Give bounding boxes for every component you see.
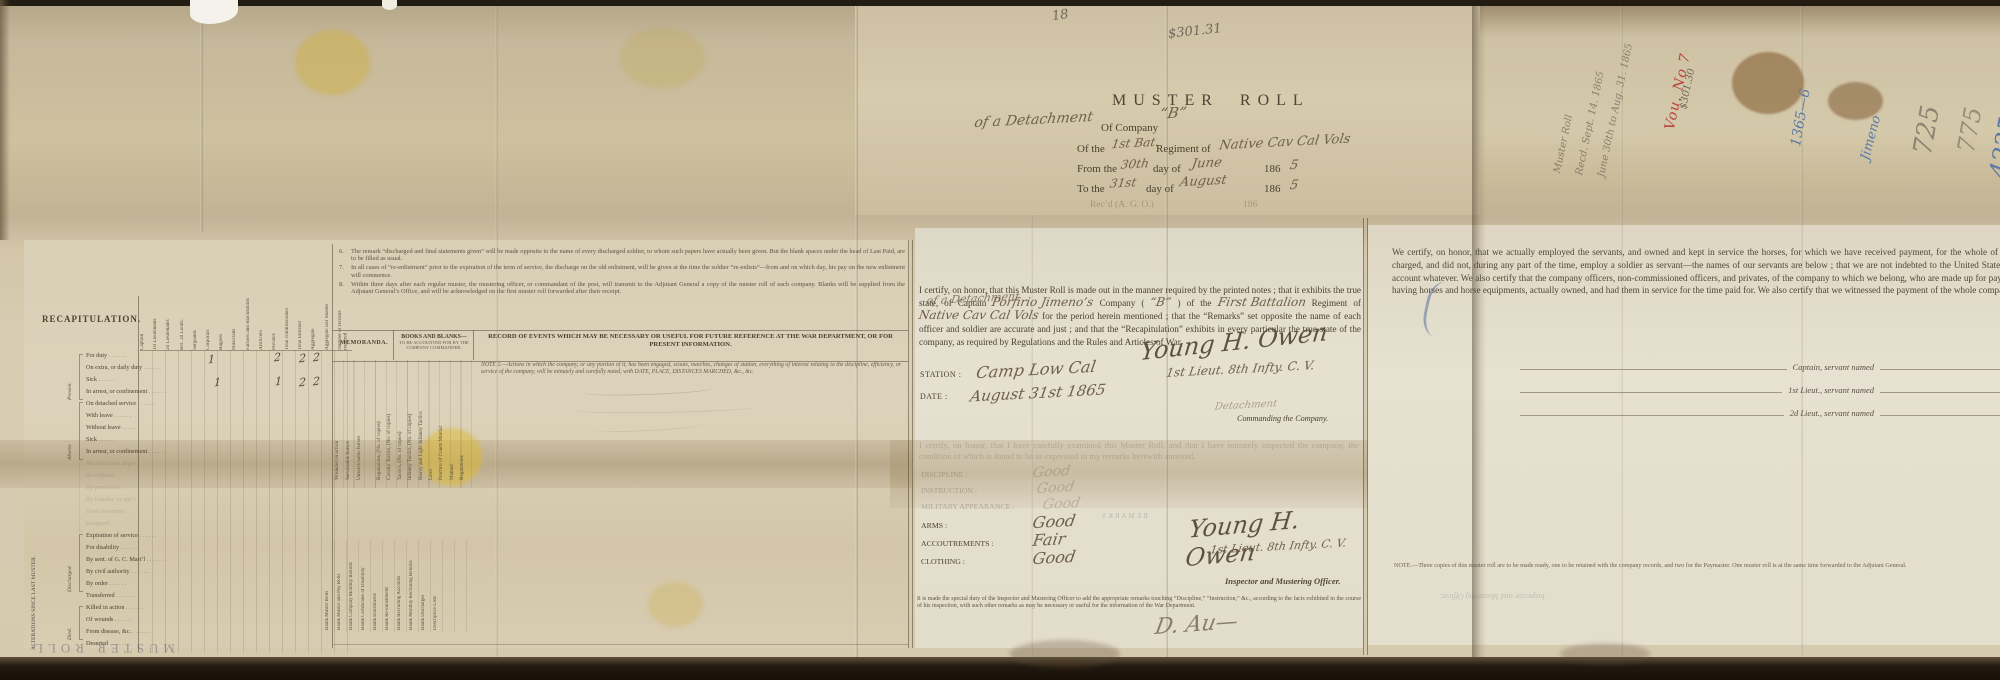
- panel-rule: [1363, 218, 1364, 655]
- blank-form-labels: Blank Muster RollsBlank Muster and Pay R…: [325, 544, 445, 630]
- recap-row-label: In arrest, or confinement: [86, 388, 338, 400]
- year-label: 186: [1264, 163, 1281, 175]
- recap-row-label: Of wounds: [86, 616, 338, 628]
- note-text: In all cases of “re-enlistment” prior to…: [351, 264, 905, 278]
- recap-side-label: ALTERATIONS SINCE LAST MUSTER.: [32, 472, 38, 650]
- recap-column-header: Buglers: [219, 296, 232, 350]
- recap-group-absent: Absent. On detached serviceWith leaveWit…: [68, 400, 338, 460]
- bleedthrough-muster-roll-title: MUSTER ROLL: [30, 640, 175, 656]
- recap-column-header: Aggregate: [311, 296, 324, 350]
- recap-tally-mark: 2: [313, 374, 320, 388]
- book-label: Heavy and Light Infantry Tactics: [419, 362, 429, 480]
- inspector-duty-note: It is made the special duty of the Inspe…: [917, 596, 1361, 610]
- notes-panel: 6. The remark “discharged and final stat…: [333, 244, 908, 648]
- cert-text: Regiment of: [1306, 298, 1361, 308]
- faint-handwriting-trace: [583, 384, 713, 398]
- recap-group-label: Absent.: [68, 400, 79, 460]
- day-of-label: day of: [1153, 163, 1181, 175]
- blank-form-label: Blank Muster and Pay Rolls: [337, 544, 349, 630]
- recap-tally-mark: 2: [299, 351, 306, 365]
- servant-line-label: 2d Lieut., servant named: [1790, 408, 1874, 418]
- blank-form-label: Blank Enlistments: [373, 544, 385, 630]
- recap-tally-mark: 1: [214, 375, 221, 389]
- battalion-handwriting: 1st Bat.: [1111, 135, 1161, 151]
- discipline-value-handwriting: Good: [1032, 463, 1072, 481]
- bleedthrough-remarks: REMARKS: [1100, 512, 1148, 520]
- recap-tally-mark: 2: [313, 350, 320, 364]
- recap-tally-mark: 1: [275, 374, 282, 388]
- inspector-intro: I certify, on honor, that I have careful…: [919, 440, 1359, 462]
- note-text: The remark “discharged and final stateme…: [351, 248, 905, 262]
- clothing-label: CLOTHING :: [921, 557, 965, 566]
- books-blanks-subtitle: TO BE ACCOUNTED FOR BY THE COMPANY COMMA…: [395, 340, 473, 350]
- recap-group-label: Died.: [68, 604, 79, 640]
- station-label: STATION :: [920, 370, 961, 379]
- recap-group-died: Died. Killed in actionOf woundsFrom dise…: [68, 604, 338, 640]
- regiment-of-label: Regiment of: [1156, 143, 1211, 155]
- recap-row-label: Recruits from depot: [86, 460, 338, 472]
- recap-column-header: Sergeants: [193, 296, 206, 350]
- recap-column-header: Farriers and Blacksmiths: [246, 296, 259, 350]
- panel-rule: [912, 240, 913, 648]
- signature-line: [1520, 383, 1782, 393]
- printed-notes-list: 6. The remark “discharged and final stat…: [339, 248, 905, 297]
- recap-row-label: On detached service: [86, 400, 338, 412]
- stain: [620, 28, 705, 88]
- book-label: Cavalry Tactics, (No. of copies): [387, 362, 397, 480]
- recap-column-header: Musicians: [232, 296, 245, 350]
- recap-row-transferred: Transferred: [68, 592, 338, 604]
- note-number: 6.: [339, 248, 348, 262]
- recap-row-label: By civil authority: [86, 568, 338, 580]
- signature-line: [1880, 360, 2000, 370]
- book-label: Infantry Tactics, (No. of copies): [408, 362, 418, 480]
- instruction-label: INSTRUCTION :: [921, 486, 977, 495]
- day-of-label: day of: [1146, 183, 1174, 195]
- endorsement-pencil-line: June 30th to Aug. 31. 1865: [1596, 42, 1635, 178]
- blank-form-label: Blank Discharges: [421, 544, 433, 630]
- recap-row-label: By promotion: [86, 484, 338, 496]
- panel-rule: [908, 240, 909, 648]
- recapitulation-table: RECAPITULATION. Captain1st Lieutenants2d…: [28, 296, 358, 652]
- accoutrements-label: ACCOUTREMENTS :: [921, 539, 994, 548]
- record-of-events-header: RECORD OF EVENTS WHICH MAY BE NECESSARY …: [478, 333, 903, 348]
- header-divider: [393, 330, 394, 360]
- printed-note-item: 6. The remark “discharged and final stat…: [339, 248, 905, 262]
- blank-form-label: Blank Certificates of Disability: [361, 544, 373, 630]
- officers-paragraph: We certify, on honor, that we actually e…: [1392, 246, 2000, 297]
- memoranda-labels: Wounded in actionServiceable horsesUnser…: [335, 362, 368, 480]
- blank-form-label: Blank Muster Rolls: [325, 544, 337, 630]
- recap-group-label: [68, 460, 79, 532]
- recap-row-label: By order: [86, 580, 338, 592]
- date-label: DATE :: [920, 392, 948, 401]
- stain: [1010, 640, 1120, 668]
- stain: [1560, 643, 1650, 665]
- torn-paper-patch: [382, 0, 397, 10]
- panel-bottom-rule: [333, 644, 908, 645]
- recap-row-label: Without leave: [86, 424, 338, 436]
- faint-handwriting-trace: [573, 402, 753, 414]
- endorsement-pencil-line: Muster Roll: [1552, 114, 1575, 175]
- recap-row-label: From disease, &c.: [86, 628, 338, 640]
- company-letter-handwriting: “B”: [1158, 103, 1188, 122]
- recap-row-label: By transfer, or app’t: [86, 496, 338, 508]
- muster-roll-scan: 18 $301.31 MUSTER ROLL of a Detachment O…: [0, 0, 2000, 680]
- recap-column-header: Corporals: [206, 296, 219, 350]
- year-label: 186: [1264, 183, 1281, 195]
- recap-column-header: Privates: [272, 296, 285, 350]
- recap-group-discharged: Discharged. Expiration of serviceFor dis…: [68, 532, 338, 592]
- endorsement-panel: Muster RollRecd. Sept. 14. 1865June 30th…: [1480, 0, 2000, 186]
- recd-ago-label: Rec’d (A. G. O.): [1090, 200, 1154, 210]
- blank-form-label: Blank Monthly Recruiting Returns: [409, 544, 421, 630]
- servant-line-label: 1st Lieut., servant named: [1788, 385, 1874, 395]
- memoranda-label: Unserviceable horses: [357, 362, 368, 480]
- note-text: Within three days after each regular mus…: [351, 281, 905, 295]
- discipline-label: DISCIPLINE :: [921, 470, 968, 479]
- recap-column-header: 2d Lieutenants: [166, 296, 179, 350]
- bleedthrough-officer-text: Inspector and Mustering Officer.: [1440, 592, 1545, 601]
- cert-text: ) of the: [1172, 298, 1218, 308]
- recap-row-label: In arrest, or confinement: [86, 448, 338, 460]
- servant-line-2d-lieut: 2d Lieut., servant named: [1520, 406, 2000, 418]
- recapitulation-title: RECAPITULATION.: [42, 314, 141, 324]
- stain: [295, 30, 370, 95]
- recap-tally-mark: 2: [274, 350, 281, 364]
- printed-note-item: 7. In all cases of “re-enlistment” prior…: [339, 264, 905, 278]
- recap-row-label: Expiration of service: [86, 532, 338, 544]
- fold-crease: [200, 0, 203, 232]
- of-the-label: Of the: [1077, 143, 1105, 155]
- of-company-label: Of Company: [1101, 122, 1158, 134]
- inspector-role-label: Inspector and Mustering Officer.: [1225, 576, 1341, 586]
- from-month-handwriting: June: [1191, 155, 1223, 172]
- to-day-handwriting: 31st: [1109, 175, 1138, 190]
- commanding-the-company-label: Commanding the Company.: [1237, 414, 1328, 423]
- from-the-label: From the: [1077, 163, 1117, 175]
- recap-row-label: By sent. of G. C. Mart’l: [86, 556, 338, 568]
- scan-edge-bottom: [0, 657, 2000, 680]
- to-the-label: To the: [1077, 183, 1105, 195]
- blank-form-label: Blank Re-enlistments: [385, 544, 397, 630]
- recap-row-label: Transferred: [86, 592, 338, 604]
- muster-roll-title: MUSTER ROLL: [1112, 92, 1310, 110]
- blank-form-label: Descriptive Lists: [433, 544, 445, 630]
- servant-line-1st-lieut: 1st Lieut., servant named: [1520, 383, 2000, 395]
- scan-edge-left: [0, 0, 10, 240]
- note-number: 8.: [339, 281, 348, 295]
- book-labels: Regulations, (No. of copies)Cavalry Tact…: [377, 362, 471, 480]
- recap-row-label: Resigned: [86, 520, 338, 532]
- recap-column-headers: Captain1st Lieutenants2d LieutenantsBvt.…: [140, 296, 351, 350]
- recd-year-label: 186: [1243, 200, 1257, 210]
- recap-group-label: Discharged.: [68, 532, 79, 592]
- signature-line: [1520, 360, 1787, 370]
- signature-line: [1880, 406, 2000, 416]
- corner-mark-handwriting: 18: [1051, 7, 1069, 24]
- faint-handwriting-trace: [595, 419, 705, 434]
- arms-label: ARMS :: [921, 521, 947, 530]
- fold-crease: [1030, 215, 1033, 660]
- servant-line-label: Captain, servant named: [1793, 362, 1874, 372]
- paymaster-note: NOTE.—Three copies of this muster roll a…: [1394, 562, 1994, 569]
- panel-rule: [1367, 218, 1368, 655]
- recap-row-label: Killed in action: [86, 604, 338, 616]
- to-month-handwriting: August: [1179, 173, 1228, 190]
- recap-group-gained-faded: Recruits from depotRe-enlistedBy promoti…: [68, 460, 338, 532]
- blank-form-label: Blank Company Monthly Returns: [349, 544, 361, 630]
- memoranda-header: MEMORANDA.: [335, 340, 393, 346]
- instruction-value-handwriting: Good: [1036, 479, 1076, 497]
- recap-column-header: Total commissioned: [285, 296, 298, 350]
- recap-row-label: Sick: [86, 436, 338, 448]
- signature-line: [1880, 383, 2000, 393]
- clothing-value-handwriting: Good: [1031, 547, 1077, 568]
- military-appearance-label: MILITARY APPEARANCE :: [921, 502, 1015, 511]
- recap-rows: Present. For dutyOn extra, or daily duty…: [68, 352, 338, 652]
- printed-note-item: 8. Within three days after each regular …: [339, 281, 905, 295]
- recap-row-label: From desertion: [86, 508, 338, 520]
- servant-line-captain: Captain, servant named: [1520, 360, 2000, 372]
- blank-form-label: Blank Recruiting Accounts: [397, 544, 409, 630]
- header-divider: [473, 330, 474, 360]
- recap-row-label: With leave: [86, 412, 338, 424]
- signature-line: [1520, 406, 1784, 416]
- recap-column-header: 1st Lieutenants: [153, 296, 166, 350]
- recap-tally-mark: 2: [299, 375, 306, 389]
- recap-column-header: Bvt. 2d Lieuts.: [180, 296, 193, 350]
- recap-column-header: Total Enlisted: [298, 296, 311, 350]
- book-label: Practice of Courts Martial: [439, 362, 449, 480]
- book-label: Regulations: [460, 362, 470, 480]
- from-day-handwriting: 30th: [1120, 156, 1150, 171]
- note-number: 7.: [339, 264, 348, 278]
- record-of-events-note: NOTE 2.—Actions in which the company, or…: [481, 362, 901, 375]
- recap-row-label: Re-enlisted: [86, 472, 338, 484]
- cert-text: Company (: [1094, 298, 1151, 308]
- recap-tally-mark: 1: [208, 352, 215, 366]
- recap-row-label: For disability: [86, 544, 338, 556]
- recap-column-header: Artificers: [259, 296, 272, 350]
- recap-group-label: Present.: [68, 352, 79, 400]
- books-blanks-header: BOOKS AND BLANKS— TO BE ACCOUNTED FOR BY…: [395, 334, 473, 350]
- recap-column-header: Captain: [140, 296, 153, 350]
- recap-group-present: Present. For dutyOn extra, or daily duty…: [68, 352, 338, 400]
